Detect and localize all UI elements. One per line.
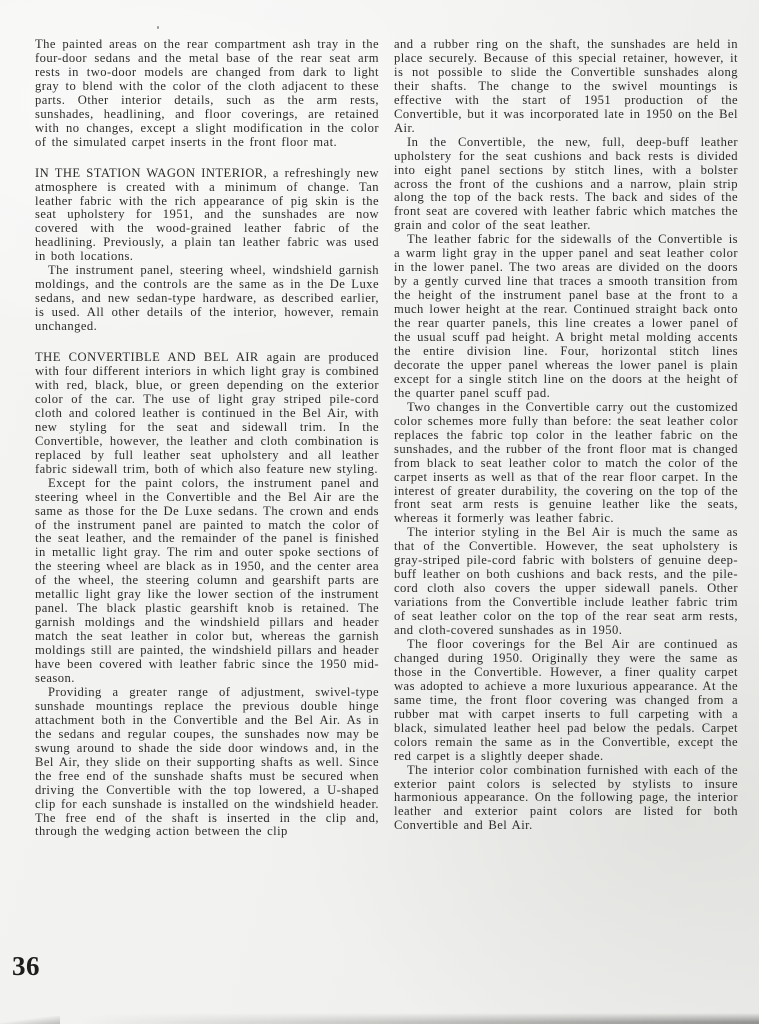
paragraph: THE CONVERTIBLE AND BEL AIR again are pr…	[35, 351, 379, 477]
paragraph: Two changes in the Convertible carry out…	[394, 401, 738, 527]
scan-edge-shadow-bottom	[0, 1013, 759, 1024]
two-column-text-layout: The painted areas on the rear compartmen…	[35, 38, 738, 839]
page-number: 36	[12, 951, 40, 982]
paragraph: The interior color combination furnished…	[394, 764, 738, 834]
paragraph: The interior styling in the Bel Air is m…	[394, 526, 738, 638]
paragraph: Providing a greater range of adjustment,…	[35, 686, 379, 839]
right-text-column: and a rubber ring on the shaft, the suns…	[394, 38, 738, 839]
paragraph: The leather fabric for the sidewalls of …	[394, 233, 738, 400]
paragraph: The instrument panel, steering wheel, wi…	[35, 264, 379, 334]
paragraph: The painted areas on the rear compartmen…	[35, 38, 379, 150]
scan-speck-artifact	[157, 26, 159, 29]
paragraph: The floor coverings for the Bel Air are …	[394, 638, 738, 764]
paragraph: In the Convertible, the new, full, deep-…	[394, 136, 738, 234]
scanned-document-page: The painted areas on the rear compartmen…	[0, 0, 759, 1024]
paragraph: IN THE STATION WAGON INTERIOR, a refresh…	[35, 167, 379, 265]
paragraph: and a rubber ring on the shaft, the suns…	[394, 38, 738, 136]
paragraph: Except for the paint colors, the instrum…	[35, 477, 379, 686]
scan-edge-shadow-corner	[0, 1016, 60, 1024]
left-text-column: The painted areas on the rear compartmen…	[35, 38, 379, 839]
